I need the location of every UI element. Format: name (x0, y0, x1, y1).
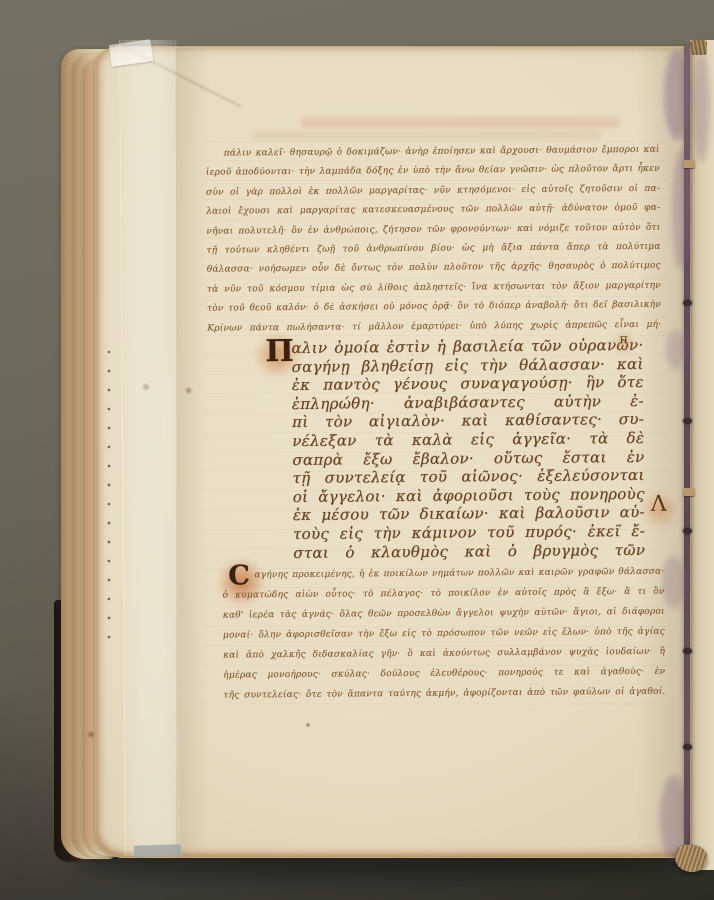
gospel-lemma-block: αλιν ὁμοία ἐστὶν ἡ βασιλεία τῶν οὐρανῶν·… (291, 336, 645, 562)
conservation-strip-bottom-tab (134, 844, 181, 858)
marginal-mark-lambda: Λ (651, 494, 667, 516)
decorated-initial-pi: Π (265, 337, 294, 367)
text-line: αλιν ὁμοία ἐστὶν ἡ βασιλεία τῶν οὐρανῶν· (291, 336, 643, 358)
manuscript-photo: πάλιν καλεῖ· θησαυρῷ ὁ δοκιμάζων· ἀνὴρ ἐ… (0, 0, 714, 900)
conservation-strip (119, 40, 182, 856)
folio-text-layer: πάλιν καλεῖ· θησαυρῷ ὁ δοκιμάζων· ἀνὴρ ἐ… (0, 0, 714, 900)
text-line: νέλεξαν τὰ καλὰ εἰς ἀγγεῖα· τὰ δὲ (292, 429, 644, 451)
text-line: σται ὁ κλαυθμὸς καὶ ὁ βρυγμὸς τῶν ὀδόντω… (293, 540, 645, 562)
text-line: τοὺς εἰς τὴν κάμινον τοῦ πυρός· ἐκεῖ ἔ- (293, 522, 645, 544)
text-line: τῆς συντελείας· ὅτε τὸν ἅπαντα ταύτης ἀκ… (223, 682, 665, 706)
top-commentary-block: πάλιν καλεῖ· θησαυρῷ ὁ δοκιμάζων· ἀνὴρ ἐ… (206, 141, 662, 339)
marginal-mark-upper: π (619, 333, 628, 347)
bottom-commentary-block: αγήνης προκειμένης, ἡ ἐκ ποικίλων νημάτω… (222, 562, 665, 706)
